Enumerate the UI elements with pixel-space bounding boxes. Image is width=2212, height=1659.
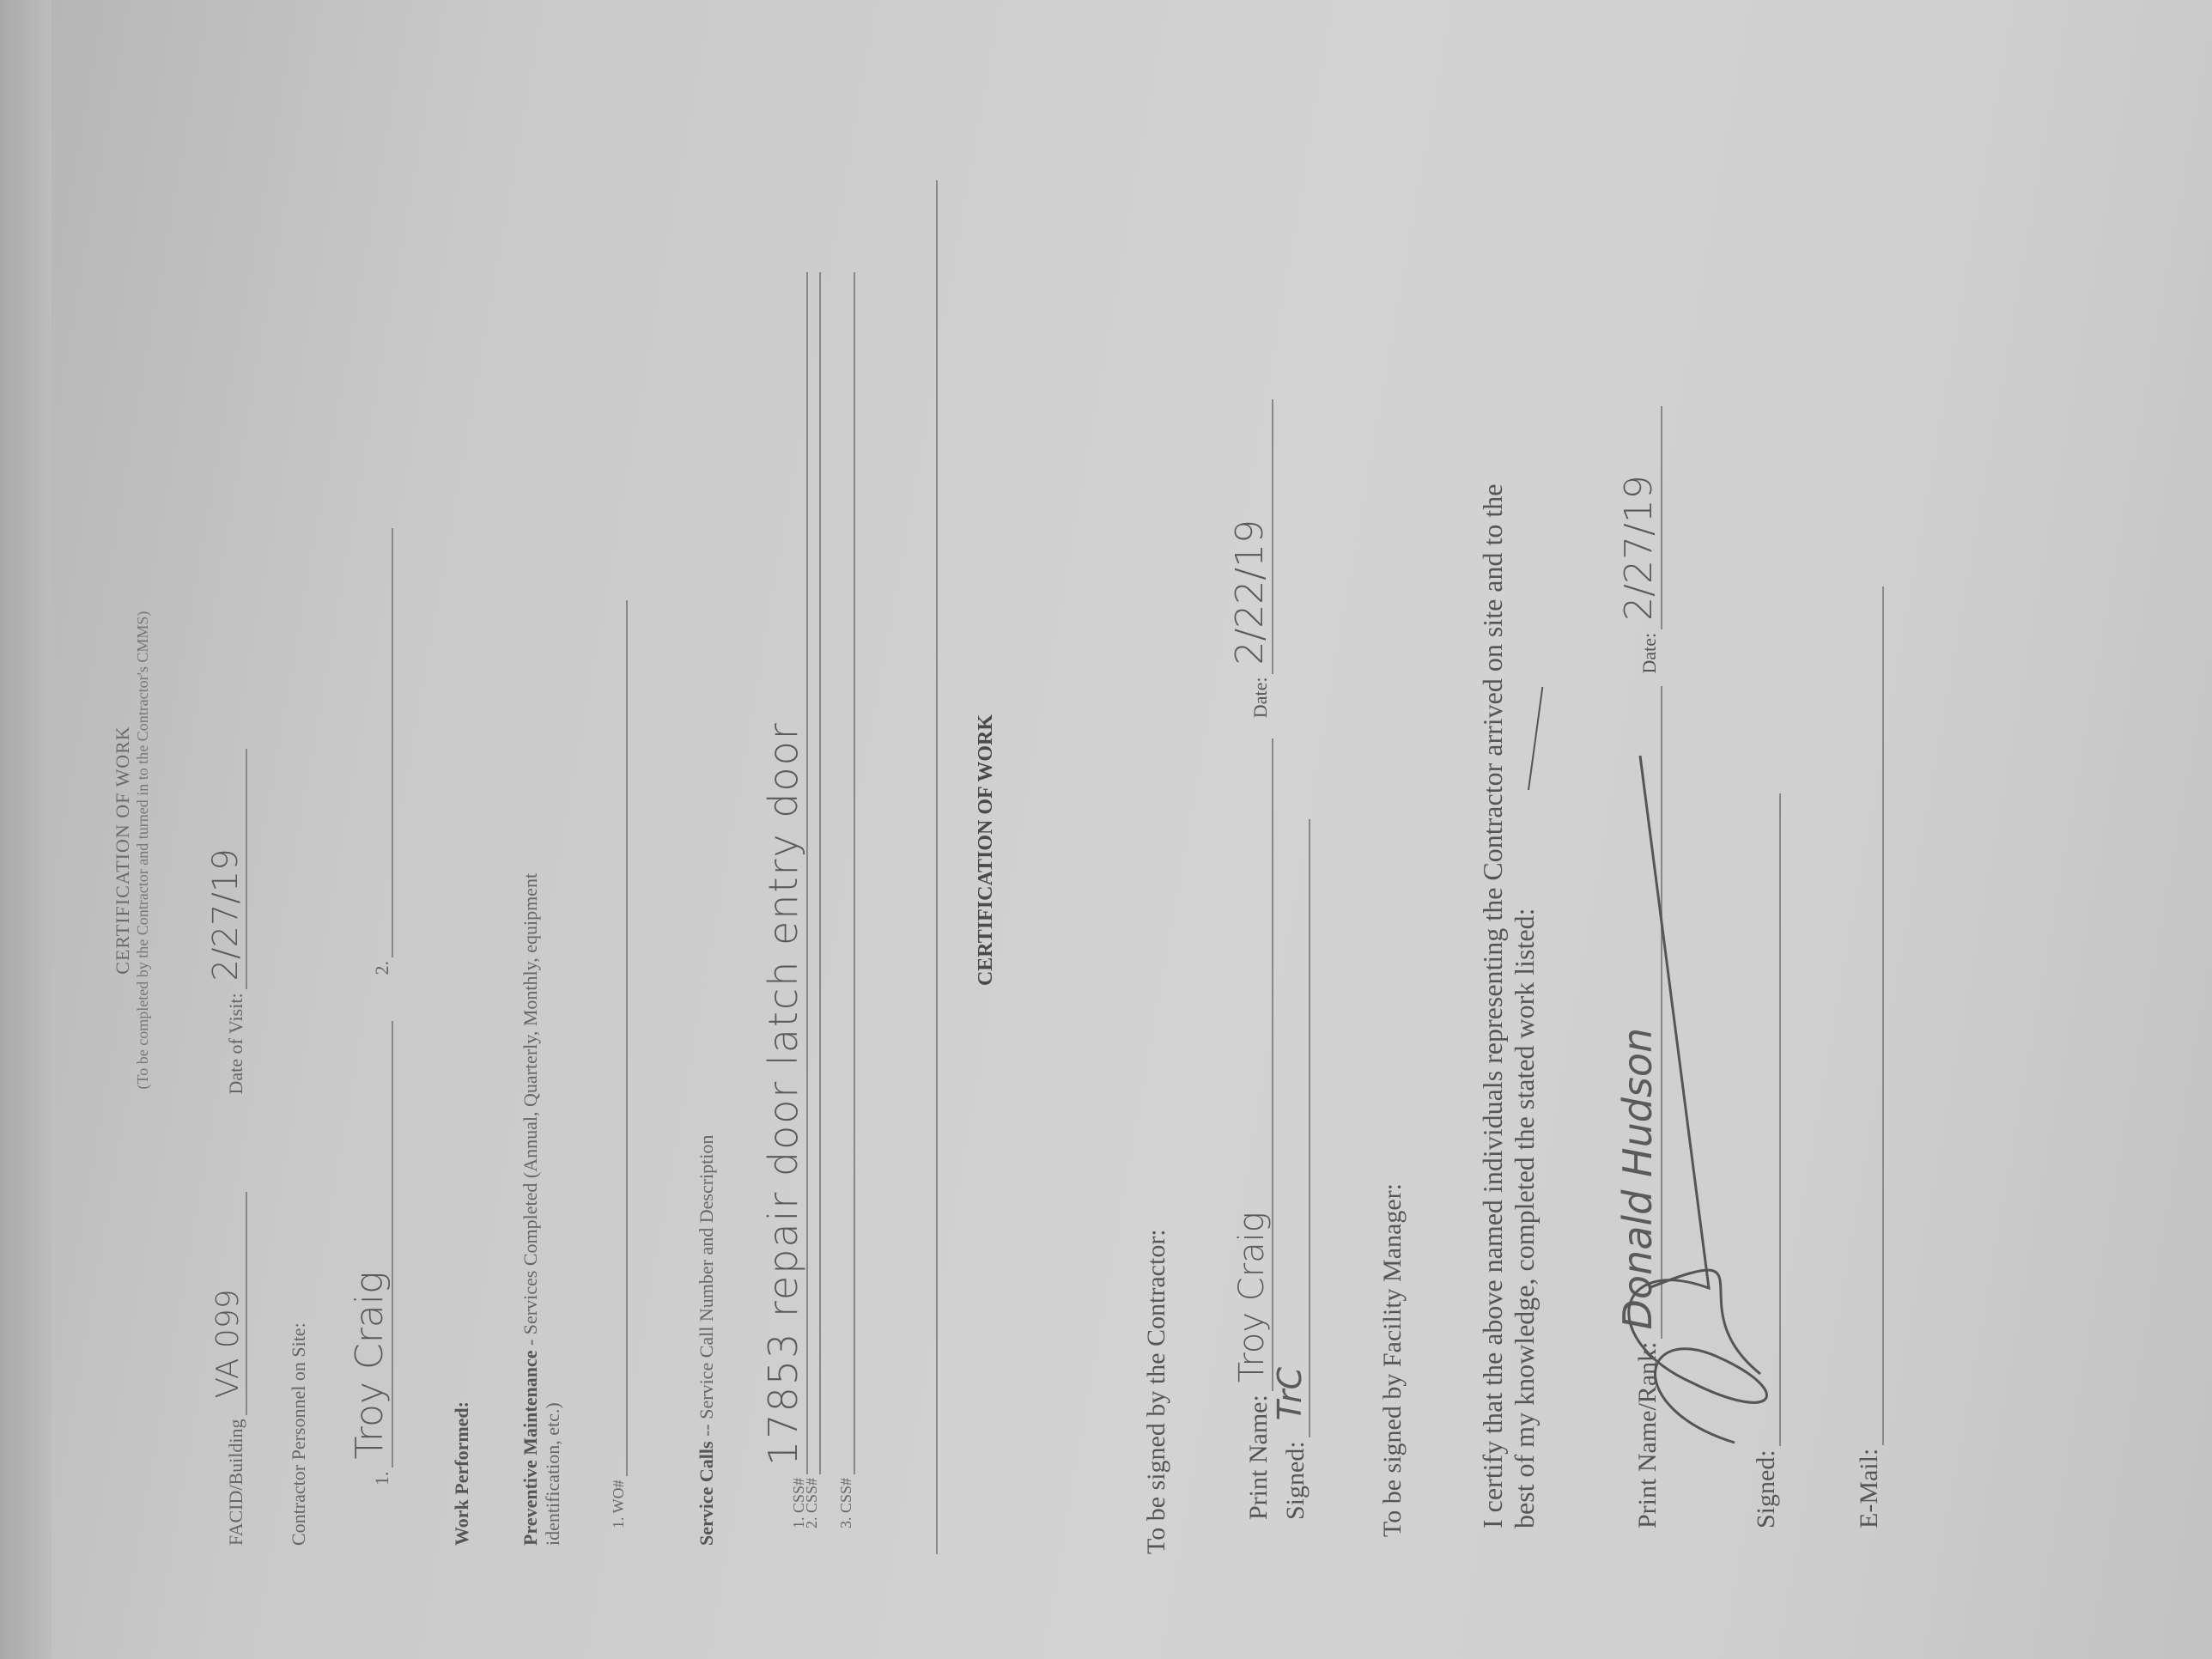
personnel-1-field[interactable]: Troy Craig xyxy=(348,1022,393,1468)
contractor-print-name-value: Troy Craig xyxy=(1232,1212,1272,1391)
contractor-date-value: 2/22/19 xyxy=(1228,520,1272,674)
manager-date-field[interactable]: 2/27/19 xyxy=(1617,406,1662,629)
date-of-visit-value: 2/27/19 xyxy=(206,848,246,989)
manager-statement-line-1: I certify that the above named individua… xyxy=(1477,484,1509,1528)
date-of-visit-label: Date of Visit: xyxy=(225,993,246,1094)
personnel-1-value: Troy Craig xyxy=(348,1272,392,1468)
service-call-3-field[interactable] xyxy=(854,272,855,1474)
personnel-2-number: 2. xyxy=(371,961,392,975)
contractor-heading: To be signed by the Contractor: xyxy=(1142,1229,1170,1554)
preventive-maintenance-label: Preventive Maintenance xyxy=(520,1351,541,1546)
work-order-field[interactable] xyxy=(626,600,628,1476)
work-order-label: 1. WO# xyxy=(610,1480,627,1528)
date-of-visit-field[interactable]: 2/27/19 xyxy=(206,749,247,989)
manager-signature-field[interactable] xyxy=(1779,793,1781,1446)
personnel-label: Contractor Personnel on Site: xyxy=(288,1322,309,1546)
manager-signed-label: Signed: xyxy=(1752,1449,1780,1528)
manager-heading: To be signed by Facility Manager: xyxy=(1378,1183,1407,1537)
service-calls-description: -- Service Call Number and Description xyxy=(696,1135,717,1442)
contractor-signature-field[interactable]: TrC xyxy=(1271,819,1310,1437)
service-call-2-field[interactable] xyxy=(819,272,821,1474)
service-call-1-value: 17853 repair door latch entry door xyxy=(760,721,806,1474)
manager-email-field[interactable] xyxy=(1882,586,1884,1445)
contractor-print-name-field[interactable]: Troy Craig xyxy=(1232,738,1273,1391)
manager-date-label: Date: xyxy=(1638,633,1660,674)
building-field[interactable]: VA 099 xyxy=(210,1192,247,1415)
service-calls-label: Service Calls xyxy=(696,1441,717,1546)
manager-date-value: 2/27/19 xyxy=(1617,475,1661,629)
contractor-date-label: Date: xyxy=(1249,678,1271,719)
section-divider xyxy=(936,180,938,1554)
contractor-signature: TrC xyxy=(1271,1367,1309,1437)
personnel-1-number: 1. xyxy=(371,1472,392,1486)
certification-title: CERTIFICATION OF WORK xyxy=(975,714,997,986)
document-subtitle: (To be completed by the Contractor and t… xyxy=(134,86,152,1614)
contractor-date-field[interactable]: 2/22/19 xyxy=(1228,399,1273,674)
service-call-2-label: 2. CSS# xyxy=(803,1478,820,1528)
manager-email-label: E-Mail: xyxy=(1855,1449,1883,1528)
certification-of-work-document: CERTIFICATION OF WORK (To be completed b… xyxy=(43,86,2155,1614)
service-call-3-label: 3. CSS# xyxy=(837,1478,854,1528)
building-value: VA 099 xyxy=(210,1289,246,1415)
building-label: FACID/Building xyxy=(225,1419,246,1546)
work-performed-label: Work Performed: xyxy=(451,1401,472,1546)
preventive-maintenance-description-2: identification, etc.) xyxy=(542,873,564,1546)
personnel-2-field[interactable] xyxy=(392,528,393,957)
contractor-print-name-label: Print Name: xyxy=(1244,1395,1273,1520)
service-call-1-field[interactable]: 17853 repair door latch entry door xyxy=(760,272,808,1474)
preventive-maintenance-description: - Services Completed (Annual, Quarterly,… xyxy=(520,873,541,1351)
contractor-signed-label: Signed: xyxy=(1281,1441,1310,1520)
document-title: CERTIFICATION OF WORK xyxy=(112,86,134,1614)
